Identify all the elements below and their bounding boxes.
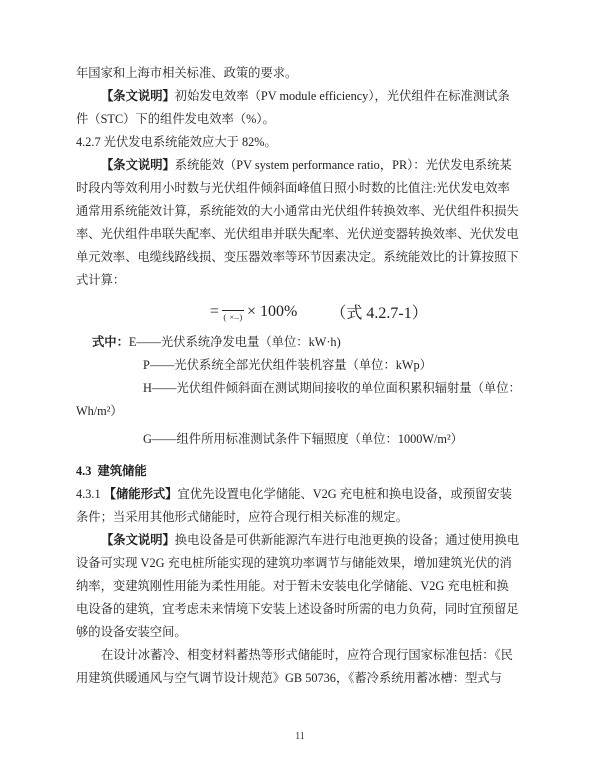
doc-line: 【条文说明】换电设备是可供新能源汽车进行电池更换的设备；通过使用换电 — [76, 529, 512, 552]
doc-line: 够的设备安装空间。 — [76, 621, 512, 644]
fraction-denominator: ( ×–) — [223, 311, 242, 322]
doc-line: 纳率，变建筑刚性用能为柔性用能。对于暂未安装电化学储能、V2G 充电桩和换 — [76, 575, 512, 598]
doc-line: G——组件所用标准测试条件下辐照度（单位：1000W/m²） — [76, 428, 512, 451]
doc-line: 【条文说明】系统能效（PV system performance ratio，P… — [76, 154, 512, 177]
doc-line: 式计算： — [76, 269, 512, 292]
formula-label: （式 4.2.7-1） — [330, 300, 427, 323]
doc-line: H——光伏组件倾斜面在测试期间接收的单位面积累积辐射量（单位： — [76, 377, 512, 400]
doc-line: 率、光伏组件串联失配率、光伏组串并联失配率、光伏逆变器转换效率、光伏发电 — [76, 223, 512, 246]
doc-line: 4.2.7 光伏发电系统能效应大于 82%。 — [76, 131, 512, 154]
section-heading: 4.3 建筑储能 — [76, 460, 512, 483]
doc-line: 设备可实现 V2G 充电桩所能实现的建筑功率调节与储能效果，增加建筑光伏的消 — [76, 552, 512, 575]
doc-line: 【条文说明】初始发电效率（PV module efficiency），光伏组件在… — [76, 85, 512, 108]
fraction: ( ×–) — [222, 301, 244, 322]
doc-line: 式中：E——光伏系统净发电量（单位：kW·h) — [76, 331, 512, 354]
pv-efficiency-formula: = ( ×–) × 100% （式 4.2.7-1） — [76, 296, 512, 327]
doc-line: 在设计冰蓄冷、相变材料蓄热等形式储能时，应符合现行国家标准包括：《民 — [76, 644, 512, 667]
doc-line: 条件；当采用其他形式储能时，应符合现行相关标准的规定。 — [76, 506, 512, 529]
doc-line: 时段内等效利用小时数与光伏组件倾斜面峰值日照小时数的比值注:光伏发电效率 — [76, 177, 512, 200]
doc-line: 单元效率、电缆线路线损、变压器效率等环节因素决定。系统能效比的计算按照下 — [76, 246, 512, 269]
formula-multiplier: × 100% — [247, 303, 297, 321]
doc-line: 电设备的建筑，宜考虑未来情境下安装上述设备时所需的电力负荷，同时宜预留足 — [76, 598, 512, 621]
doc-line: P——光伏系统全部光伏组件装机容量（单位：kWp） — [76, 354, 512, 377]
equals-sign: = — [210, 303, 219, 321]
document-page: 年国家和上海市相关标准、政策的要求。【条文说明】初始发电效率（PV module… — [0, 0, 600, 776]
document-lines: 年国家和上海市相关标准、政策的要求。【条文说明】初始发电效率（PV module… — [76, 62, 512, 690]
doc-line: 年国家和上海市相关标准、政策的要求。 — [76, 62, 512, 85]
doc-line: 通常用系统能效计算，系统能效的大小通常由光伏组件转换效率、光伏组件积损失 — [76, 200, 512, 223]
doc-line: 用建筑供暖通风与空气调节设计规范》GB 50736，《蓄冷系统用蓄冰槽：型式与 — [76, 667, 512, 690]
doc-line: Wh/m²） — [76, 400, 512, 423]
doc-line: 4.3.1 【储能形式】宜优先设置电化学储能、V2G 充电桩和换电设备，或预留安… — [76, 483, 512, 506]
page-number: 11 — [0, 731, 600, 742]
doc-line: 件（STC）下的组件发电效率（%）。 — [76, 108, 512, 131]
fraction-numerator — [222, 301, 244, 311]
